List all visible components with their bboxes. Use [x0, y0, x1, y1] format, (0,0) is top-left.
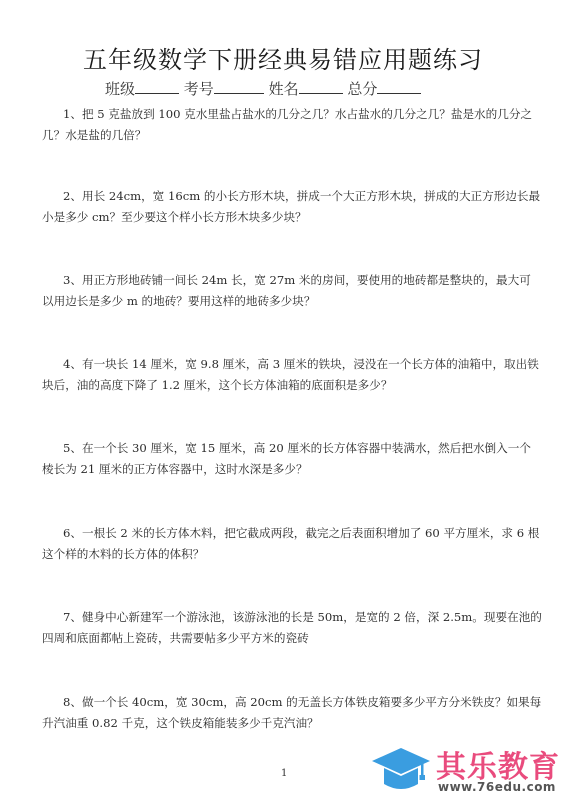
name-label: 姓名 [269, 80, 299, 98]
exam-number-label: 考号 [184, 80, 214, 98]
question-1: 1、把 5 克盐放到 100 克水里盐占盐水的几分之几？水占盐水的几分之几？盐是… [42, 104, 542, 146]
question-4: 4、有一块长 14 厘米，宽 9.8 厘米，高 3 厘米的铁块，浸没在一个长方体… [42, 354, 542, 396]
question-7: 7、健身中心新建军一个游泳池，该游泳池的长是 50m，是宽的 2 倍，深 2.5… [42, 607, 542, 649]
name-blank [299, 79, 343, 94]
student-info-row: 班级 考号 姓名 总分 [105, 78, 421, 99]
question-8: 8、做一个长 40cm，宽 30cm，高 20cm 的无盖长方体铁皮箱要多少平方… [42, 692, 542, 734]
question-5: 5、在一个长 30 厘米，宽 15 厘米，高 20 厘米的长方体容器中装满水，然… [42, 438, 542, 480]
watermark-logo: 其乐教育 www.76edu.com [370, 742, 566, 800]
page-number: 1 [281, 768, 287, 779]
total-score-label: 总分 [347, 80, 377, 98]
class-blank [135, 79, 179, 94]
brand-url: www.76edu.com [438, 780, 556, 794]
question-6: 6、一根长 2 米的长方体木料，把它截成两段，截完之后表面积增加了 60 平方厘… [42, 523, 542, 565]
exam-number-blank [214, 79, 264, 94]
class-label: 班级 [105, 80, 135, 98]
question-3: 3、用正方形地砖铺一间长 24m 长，宽 27m 米的房间，要使用的地砖都是整块… [42, 270, 542, 312]
total-score-blank [377, 79, 421, 94]
document-title: 五年级数学下册经典易错应用题练习 [0, 40, 566, 75]
question-2: 2、用长 24cm，宽 16cm 的小长方形木块，拼成一个大正方形木块，拼成的大… [42, 186, 542, 228]
graduation-cap-icon [370, 744, 432, 796]
